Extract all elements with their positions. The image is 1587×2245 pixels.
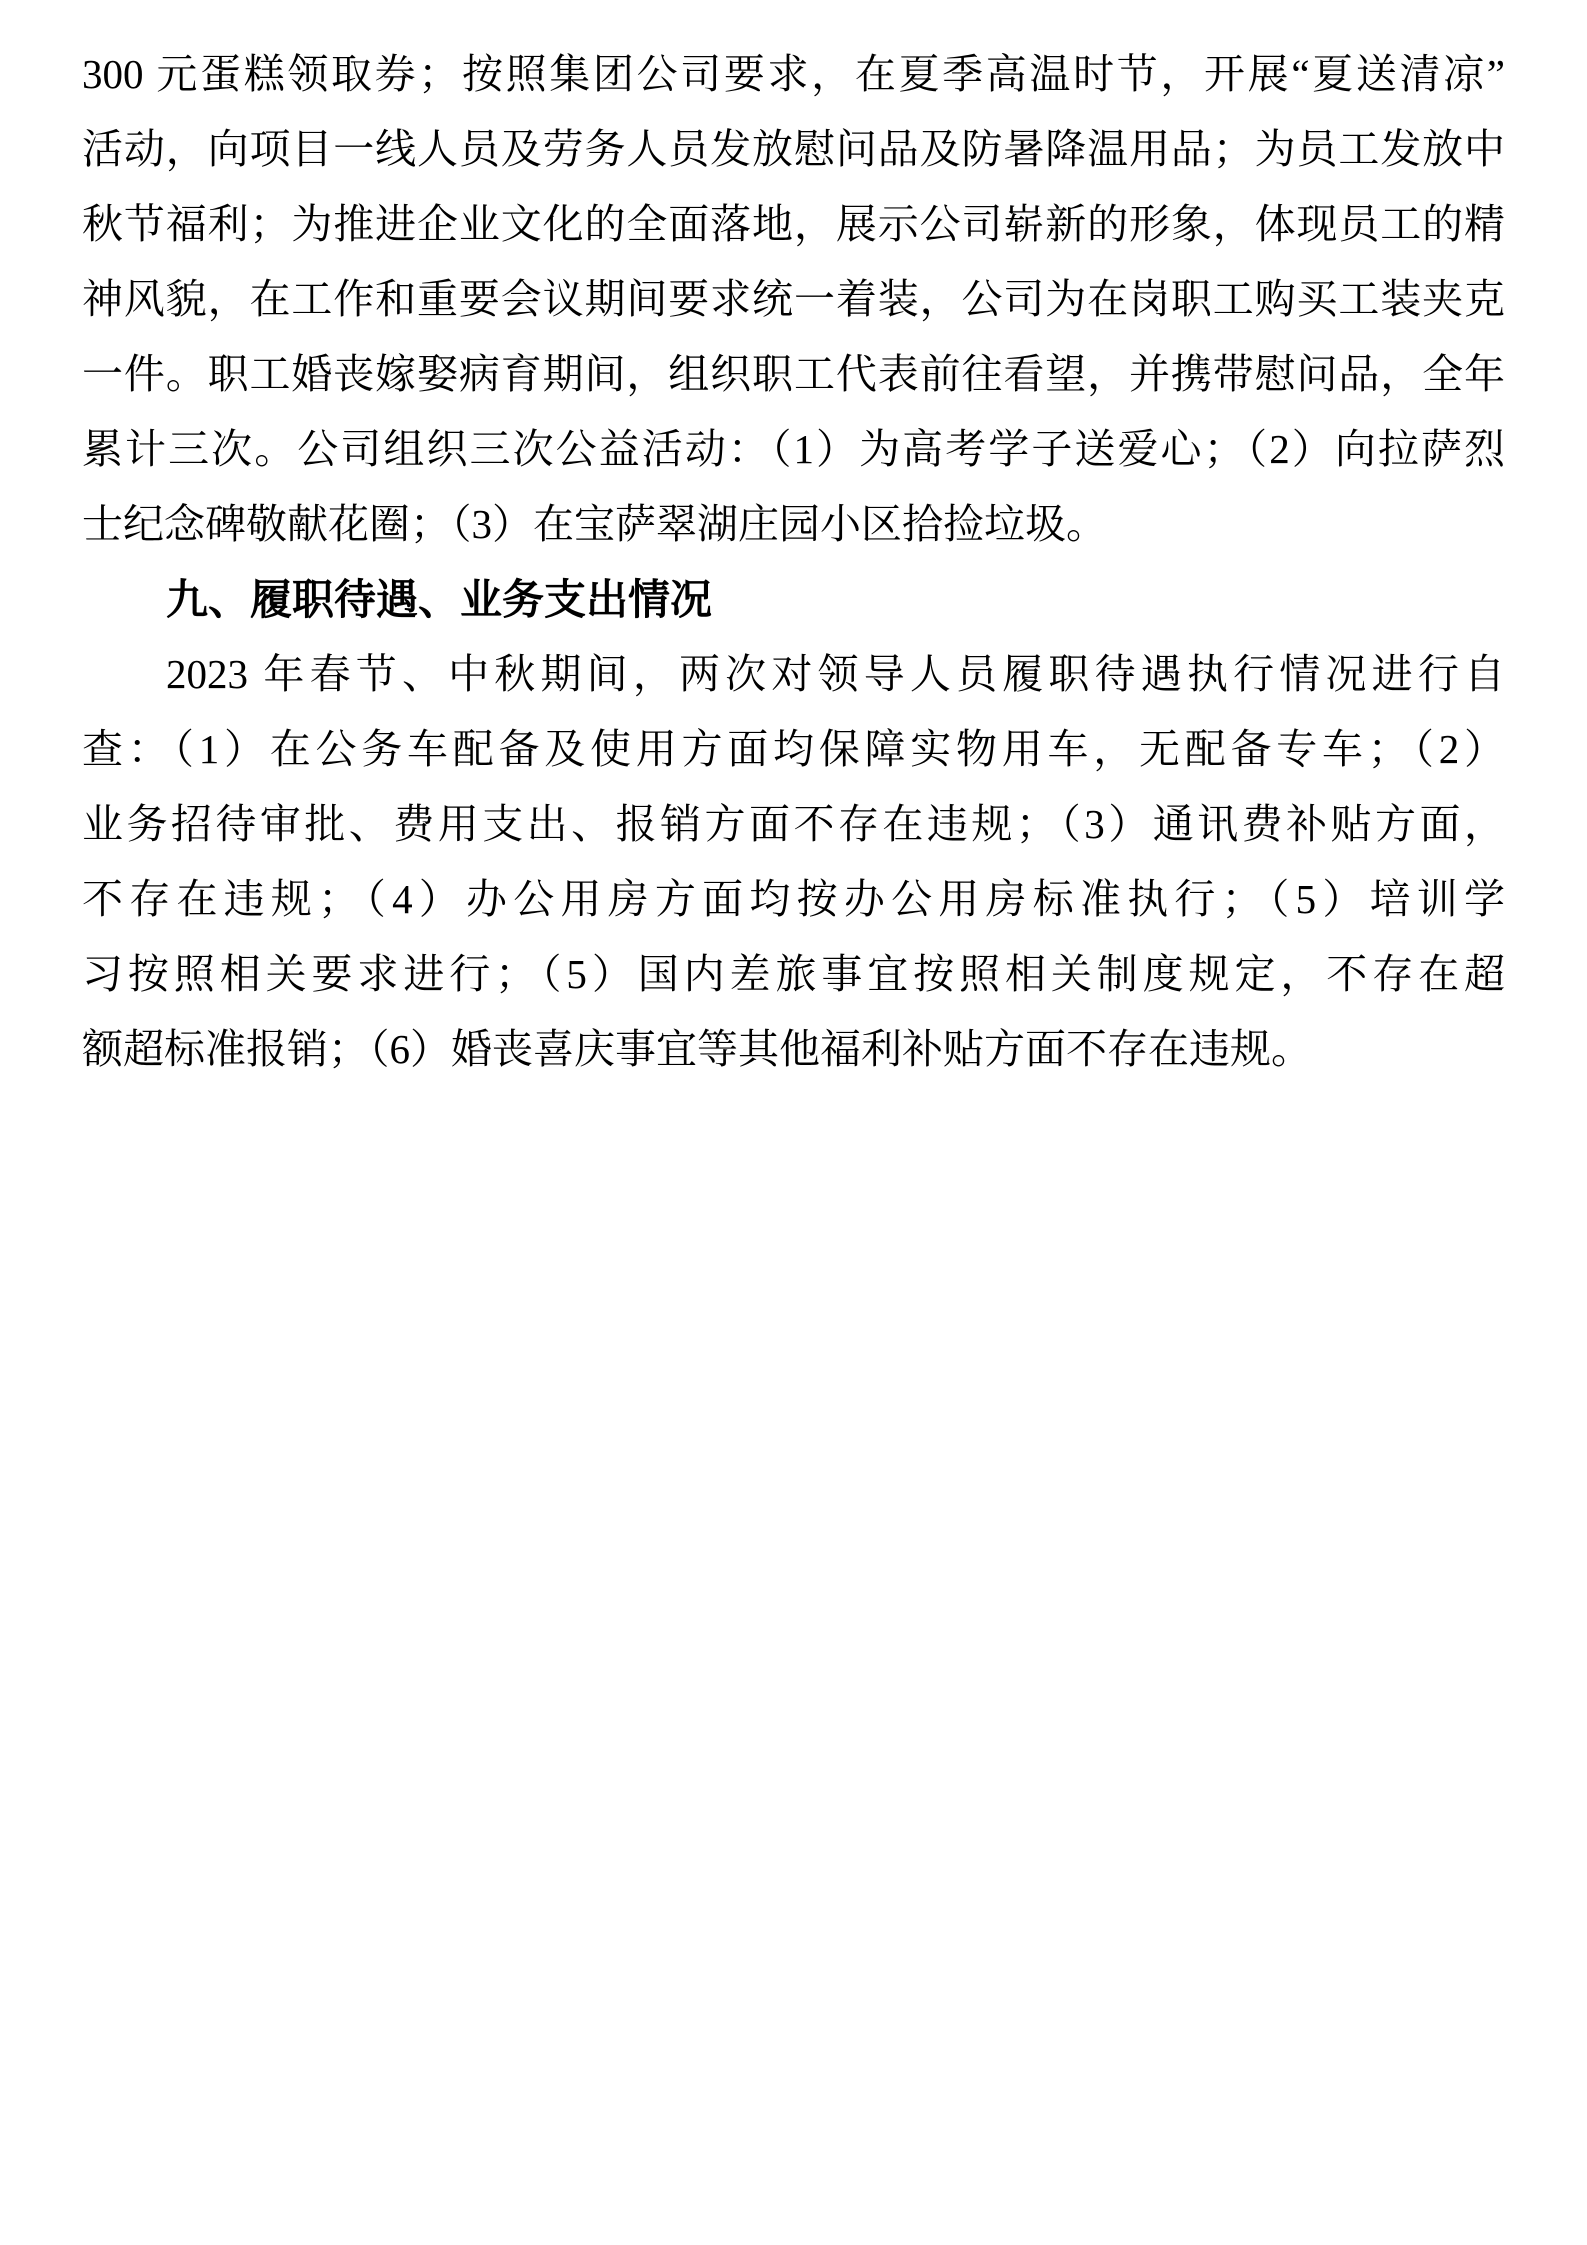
paragraph1-line: 神风貌，在工作和重要会议期间要求统一着装，公司为在岗职工购买工装夹克: [82, 262, 1505, 337]
paragraph2-line: 不存在违规；（4）办公用房方面均按办公用房标准执行；（5）培训学: [82, 862, 1505, 937]
paragraph1-line: 一件。职工婚丧嫁娶病育期间，组织职工代表前往看望，并携带慰问品，全年: [82, 337, 1505, 412]
paragraph2-line: 2023 年春节、中秋期间，两次对领导人员履职待遇执行情况进行自: [82, 637, 1505, 712]
section-heading: 九、履职待遇、业务支出情况: [82, 562, 1505, 637]
document-content: 300 元蛋糕领取券；按照集团公司要求，在夏季高温时节，开展“夏送清凉” 活动，…: [82, 37, 1505, 1087]
document-page: 300 元蛋糕领取券；按照集团公司要求，在夏季高温时节，开展“夏送清凉” 活动，…: [0, 0, 1587, 2245]
paragraph1-line: 累计三次。公司组织三次公益活动：（1）为高考学子送爱心；（2）向拉萨烈: [82, 412, 1505, 487]
paragraph1-line: 活动，向项目一线人员及劳务人员发放慰问品及防暑降温用品；为员工发放中: [82, 112, 1505, 187]
paragraph2-line: 习按照相关要求进行；（5）国内差旅事宜按照相关制度规定，不存在超: [82, 937, 1505, 1012]
paragraph2-line: 业务招待审批、费用支出、报销方面不存在违规；（3）通讯费补贴方面，: [82, 787, 1505, 862]
paragraph2-line: 额超标准报销；（6）婚丧喜庆事宜等其他福利补贴方面不存在违规。: [82, 1012, 1505, 1087]
paragraph1-line: 士纪念碑敬献花圈；（3）在宝萨翠湖庄园小区拾捡垃圾。: [82, 487, 1505, 562]
paragraph1-line: 300 元蛋糕领取券；按照集团公司要求，在夏季高温时节，开展“夏送清凉”: [82, 37, 1505, 112]
paragraph1-line: 秋节福利；为推进企业文化的全面落地，展示公司崭新的形象，体现员工的精: [82, 187, 1505, 262]
paragraph2-line: 查：（1）在公务车配备及使用方面均保障实物用车，无配备专车；（2）: [82, 712, 1505, 787]
